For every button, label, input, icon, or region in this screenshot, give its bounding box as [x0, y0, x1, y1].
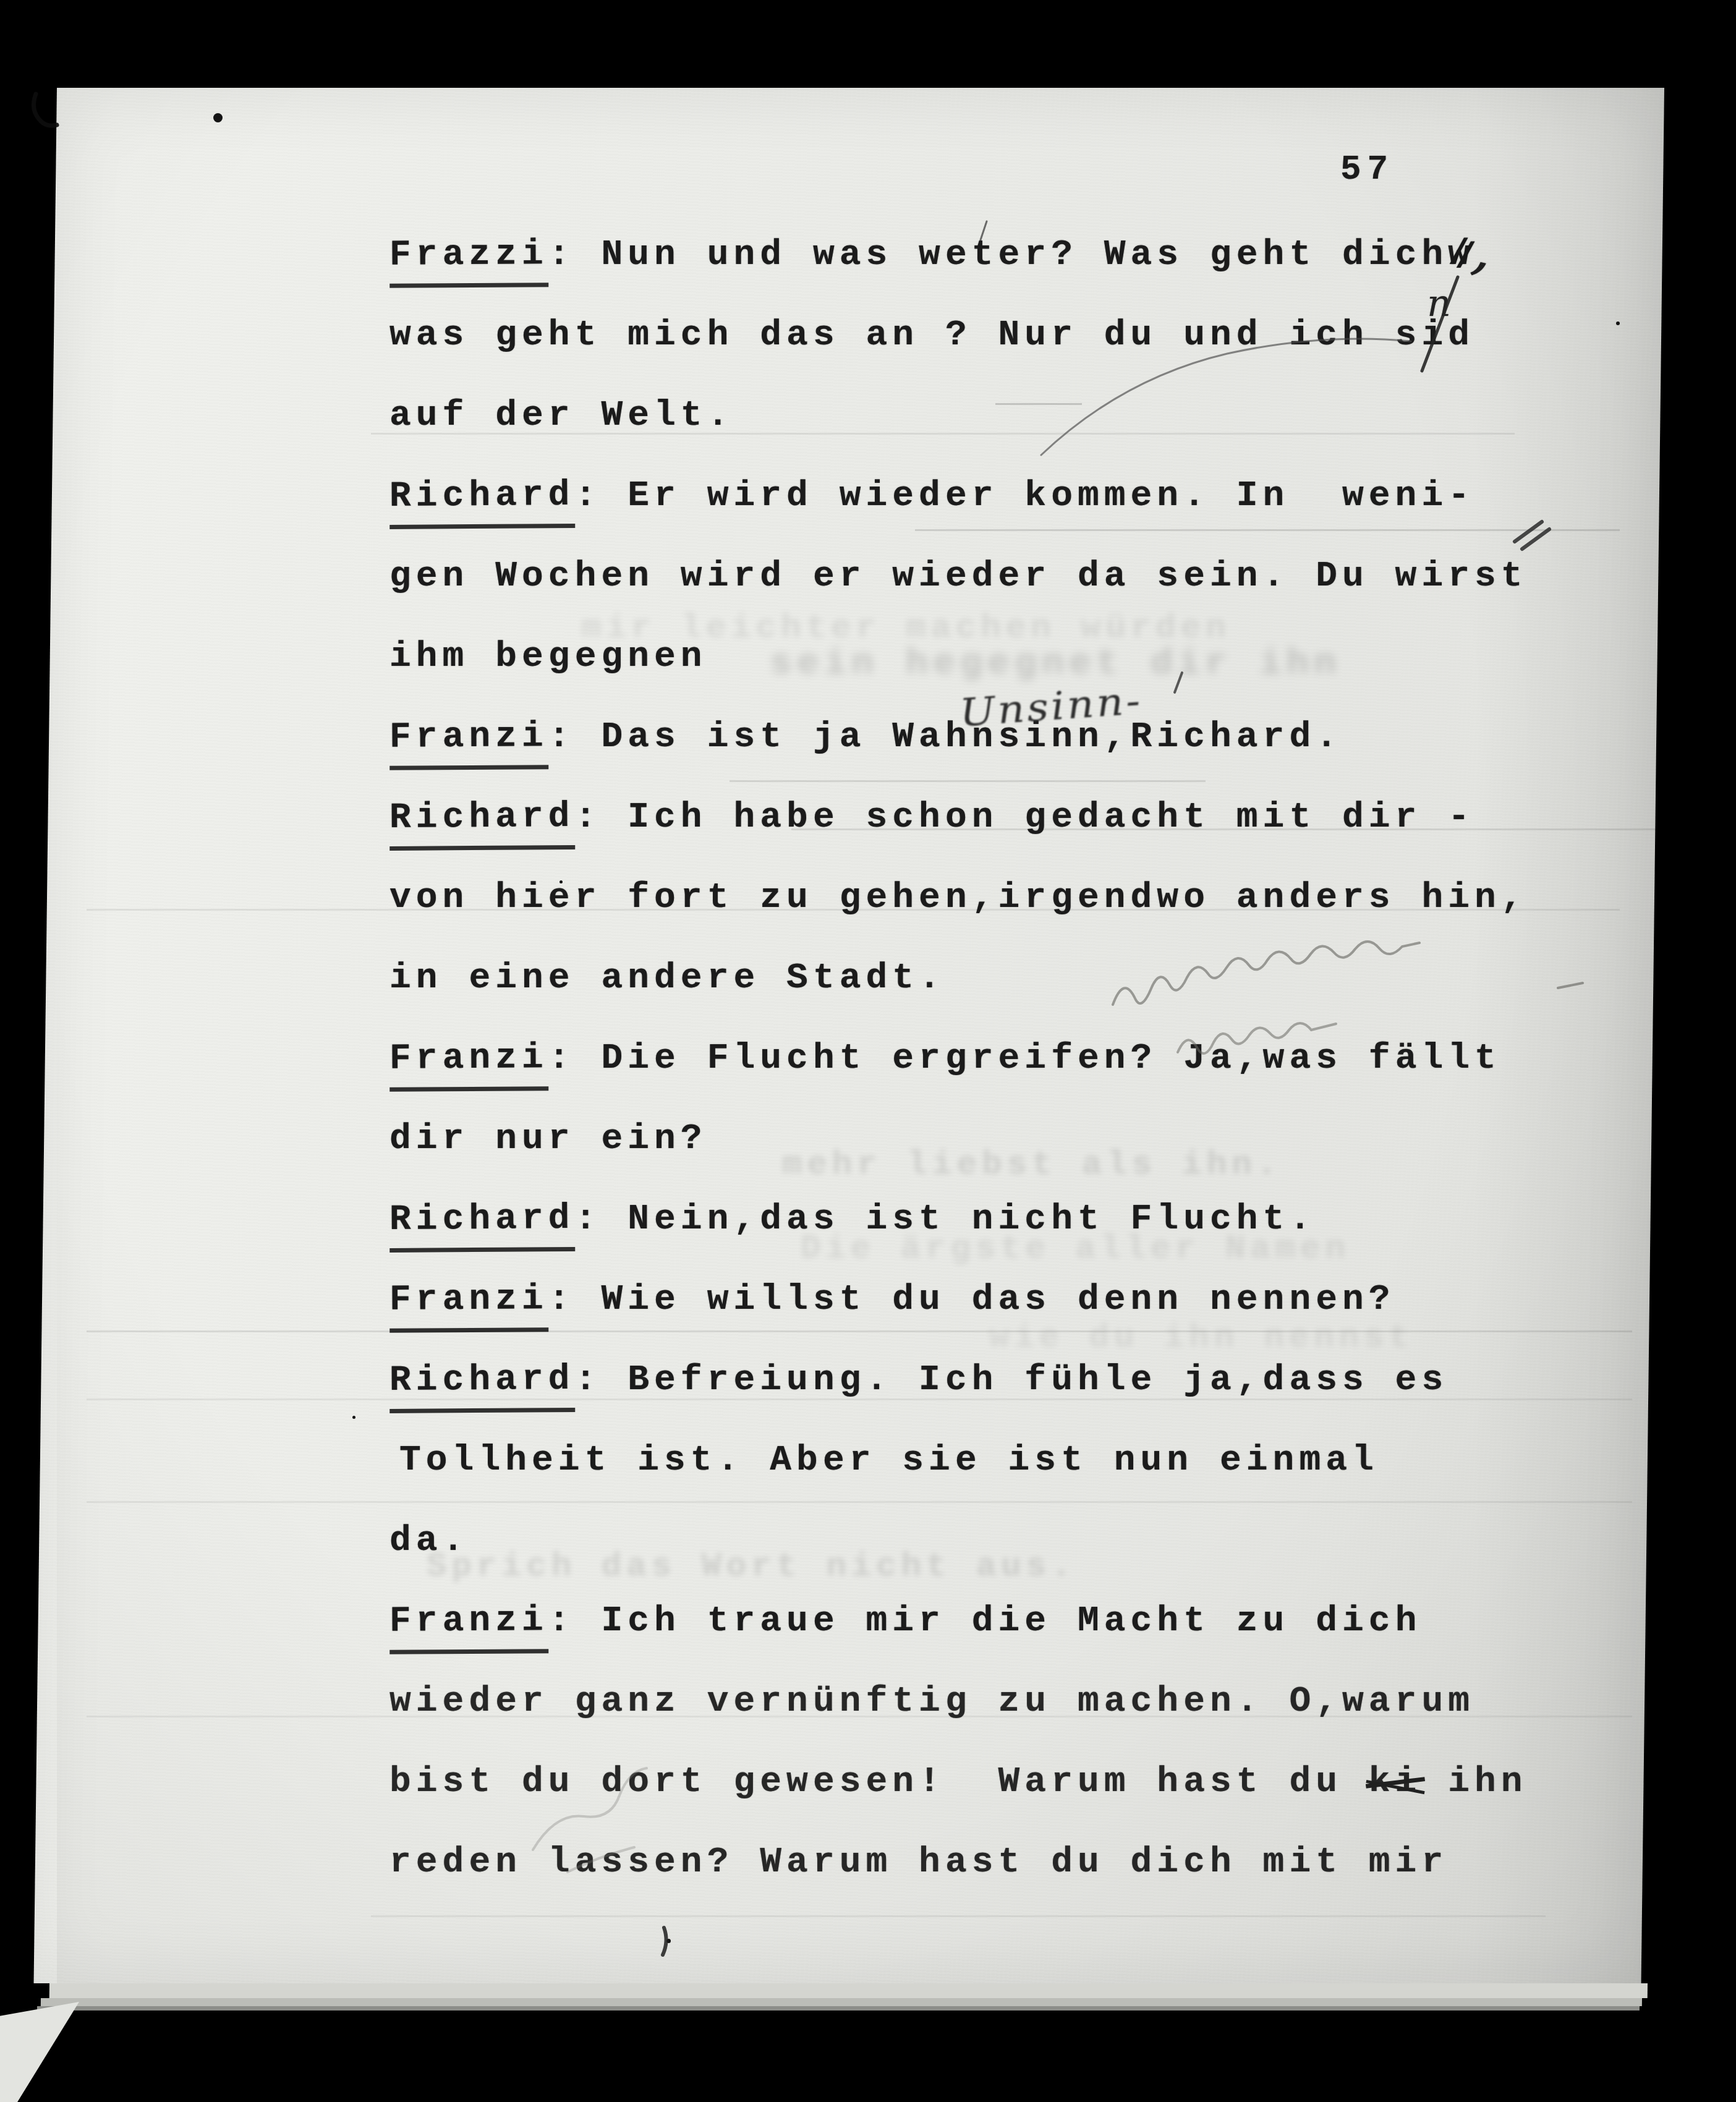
scan-hairline [995, 403, 1082, 405]
speaker-name: Richard [389, 795, 575, 851]
scanned-typescript-page: { "page": { "number": "57", "language": … [0, 0, 1736, 2102]
speaker-name: Frazzi [389, 232, 548, 288]
typed-text: gen Wochen wird er wieder da sein. Du wi… [389, 556, 1528, 597]
struck-word: ki [1369, 1762, 1422, 1802]
typed-text: : Er wird wieder kommen. In weni- [575, 476, 1474, 516]
typed-line-19: wieder ganz vernünftig zu machen. O,waru… [389, 1680, 1474, 1724]
typed-line-10: in eine andere Stadt. [389, 956, 945, 1001]
stacked-sheet-edge [41, 1998, 1642, 2006]
speaker-name: Franzi [389, 1277, 548, 1333]
speaker-name: Franzi [389, 1599, 548, 1654]
typed-text: : Wie willst du das denn nennen? [548, 1280, 1395, 1320]
typed-line-12: dir nur ein? [389, 1117, 707, 1162]
typed-line-15: Richard: Befreiung. Ich fühle ja,dass es [389, 1358, 1448, 1413]
scan-hairline [791, 828, 1675, 830]
handwritten-inserted-letter: n [1427, 281, 1456, 326]
typed-line-20: bist du dort gewesen! Warum hast du ki i… [389, 1760, 1528, 1805]
typed-line-1: Frazzi: Nun und was weter? Was geht dich… [389, 233, 1491, 287]
scan-hairline [87, 1716, 1632, 1717]
ink-speck [213, 113, 223, 122]
typed-line-4: Richard: Er wird wieder kommen. In weni- [389, 474, 1474, 529]
bottom-corner-sheet [0, 2002, 79, 2102]
stacked-sheet-edge [49, 1983, 1648, 1998]
typed-text: : Befreiung. Ich fühle ja,dass es [575, 1360, 1449, 1400]
typed-line-8: Richard: Ich habe schon gedacht mit dir … [389, 796, 1474, 850]
scan-hairline [87, 1398, 1632, 1400]
stacked-sheet-edge [37, 2006, 1640, 2011]
typed-line-16: Tollheit ist. Aber sie ist nun einmal [399, 1439, 1379, 1483]
ghost-line: mehr liebst als ihn. [782, 1146, 1282, 1184]
scan-hairline [371, 1915, 1546, 1917]
speaker-name: Richard [389, 1358, 575, 1413]
speaker-name: Richard [389, 474, 575, 529]
typed-line-2: was geht mich das an ? Nur du und ich si… [389, 313, 1474, 358]
scan-hairline [730, 780, 1206, 782]
typed-text: Tollheit ist. Aber sie ist nun einmal [399, 1440, 1379, 1481]
ghost-line: Sprich das Wort nicht aus. [427, 1548, 1076, 1586]
typed-line-7: Franzi: Das ist ja Wahnsinn,Richard. [389, 715, 1342, 770]
ink-speck [666, 1939, 671, 1943]
typed-text: was geht mich das an ? Nur du und ich si [389, 315, 1448, 355]
typed-line-18: Franzi: Ich traue mir die Macht zu dich [389, 1599, 1421, 1654]
typed-text: : Das ist ja Wahnsinn,Richard. [548, 717, 1342, 757]
typed-line-21: reden lassen? Warum hast du dich mit mir [389, 1840, 1448, 1885]
scan-hairline [87, 1330, 1632, 1332]
scan-hairline [87, 1501, 1632, 1503]
typed-text: von hier fort zu gehen,irgendwo anders h… [389, 878, 1528, 918]
typed-text: dir nur ein? [389, 1119, 707, 1159]
typed-text: : Ich habe schon gedacht mit dir - [575, 798, 1474, 838]
ink-speck [560, 880, 563, 883]
typed-text: bist du dort gewesen! Warum hast du [389, 1762, 1369, 1802]
scan-hairline [371, 433, 1515, 435]
handwritten-comma: , [1474, 247, 1490, 250]
speaker-name: Franzi [389, 1036, 548, 1092]
typed-line-3: auf der Welt. [389, 394, 733, 438]
typed-text: auf der Welt. [389, 396, 733, 436]
typed-text: reden lassen? Warum hast du dich mit mir [389, 1842, 1448, 1883]
ghost-line: Die ärgste aller Namen [801, 1230, 1350, 1268]
typed-text: ihn [1421, 1762, 1527, 1802]
page-number: 57 [1340, 150, 1394, 189]
typed-text: : Nun und was weter? Was geht dich [548, 235, 1448, 275]
ghost-line: wie du ihn nennst [989, 1319, 1414, 1357]
speaker-name: Franzi [389, 715, 548, 770]
scan-hairline [87, 909, 1620, 911]
corner-hook-artifact [33, 94, 57, 126]
typed-text: : Die Flucht ergreifen? Ja,was fällt [548, 1039, 1501, 1079]
speaker-name: Richard [389, 1197, 575, 1253]
ghost-line: sein hegegnet dir ihn [770, 643, 1341, 685]
typed-text: : Ich traue mir die Macht zu dich [548, 1601, 1422, 1641]
typed-line-5: gen Wochen wird er wieder da sein. Du wi… [389, 555, 1528, 599]
typed-line-11: Franzi: Die Flucht ergreifen? Ja,was fäl… [389, 1037, 1501, 1091]
ink-speck [1616, 321, 1620, 325]
scan-hairline [915, 529, 1620, 531]
ink-speck [352, 1416, 355, 1419]
typed-text: in eine andere Stadt. [389, 958, 945, 998]
ghost-line: mir leichter machen würden [581, 610, 1231, 647]
